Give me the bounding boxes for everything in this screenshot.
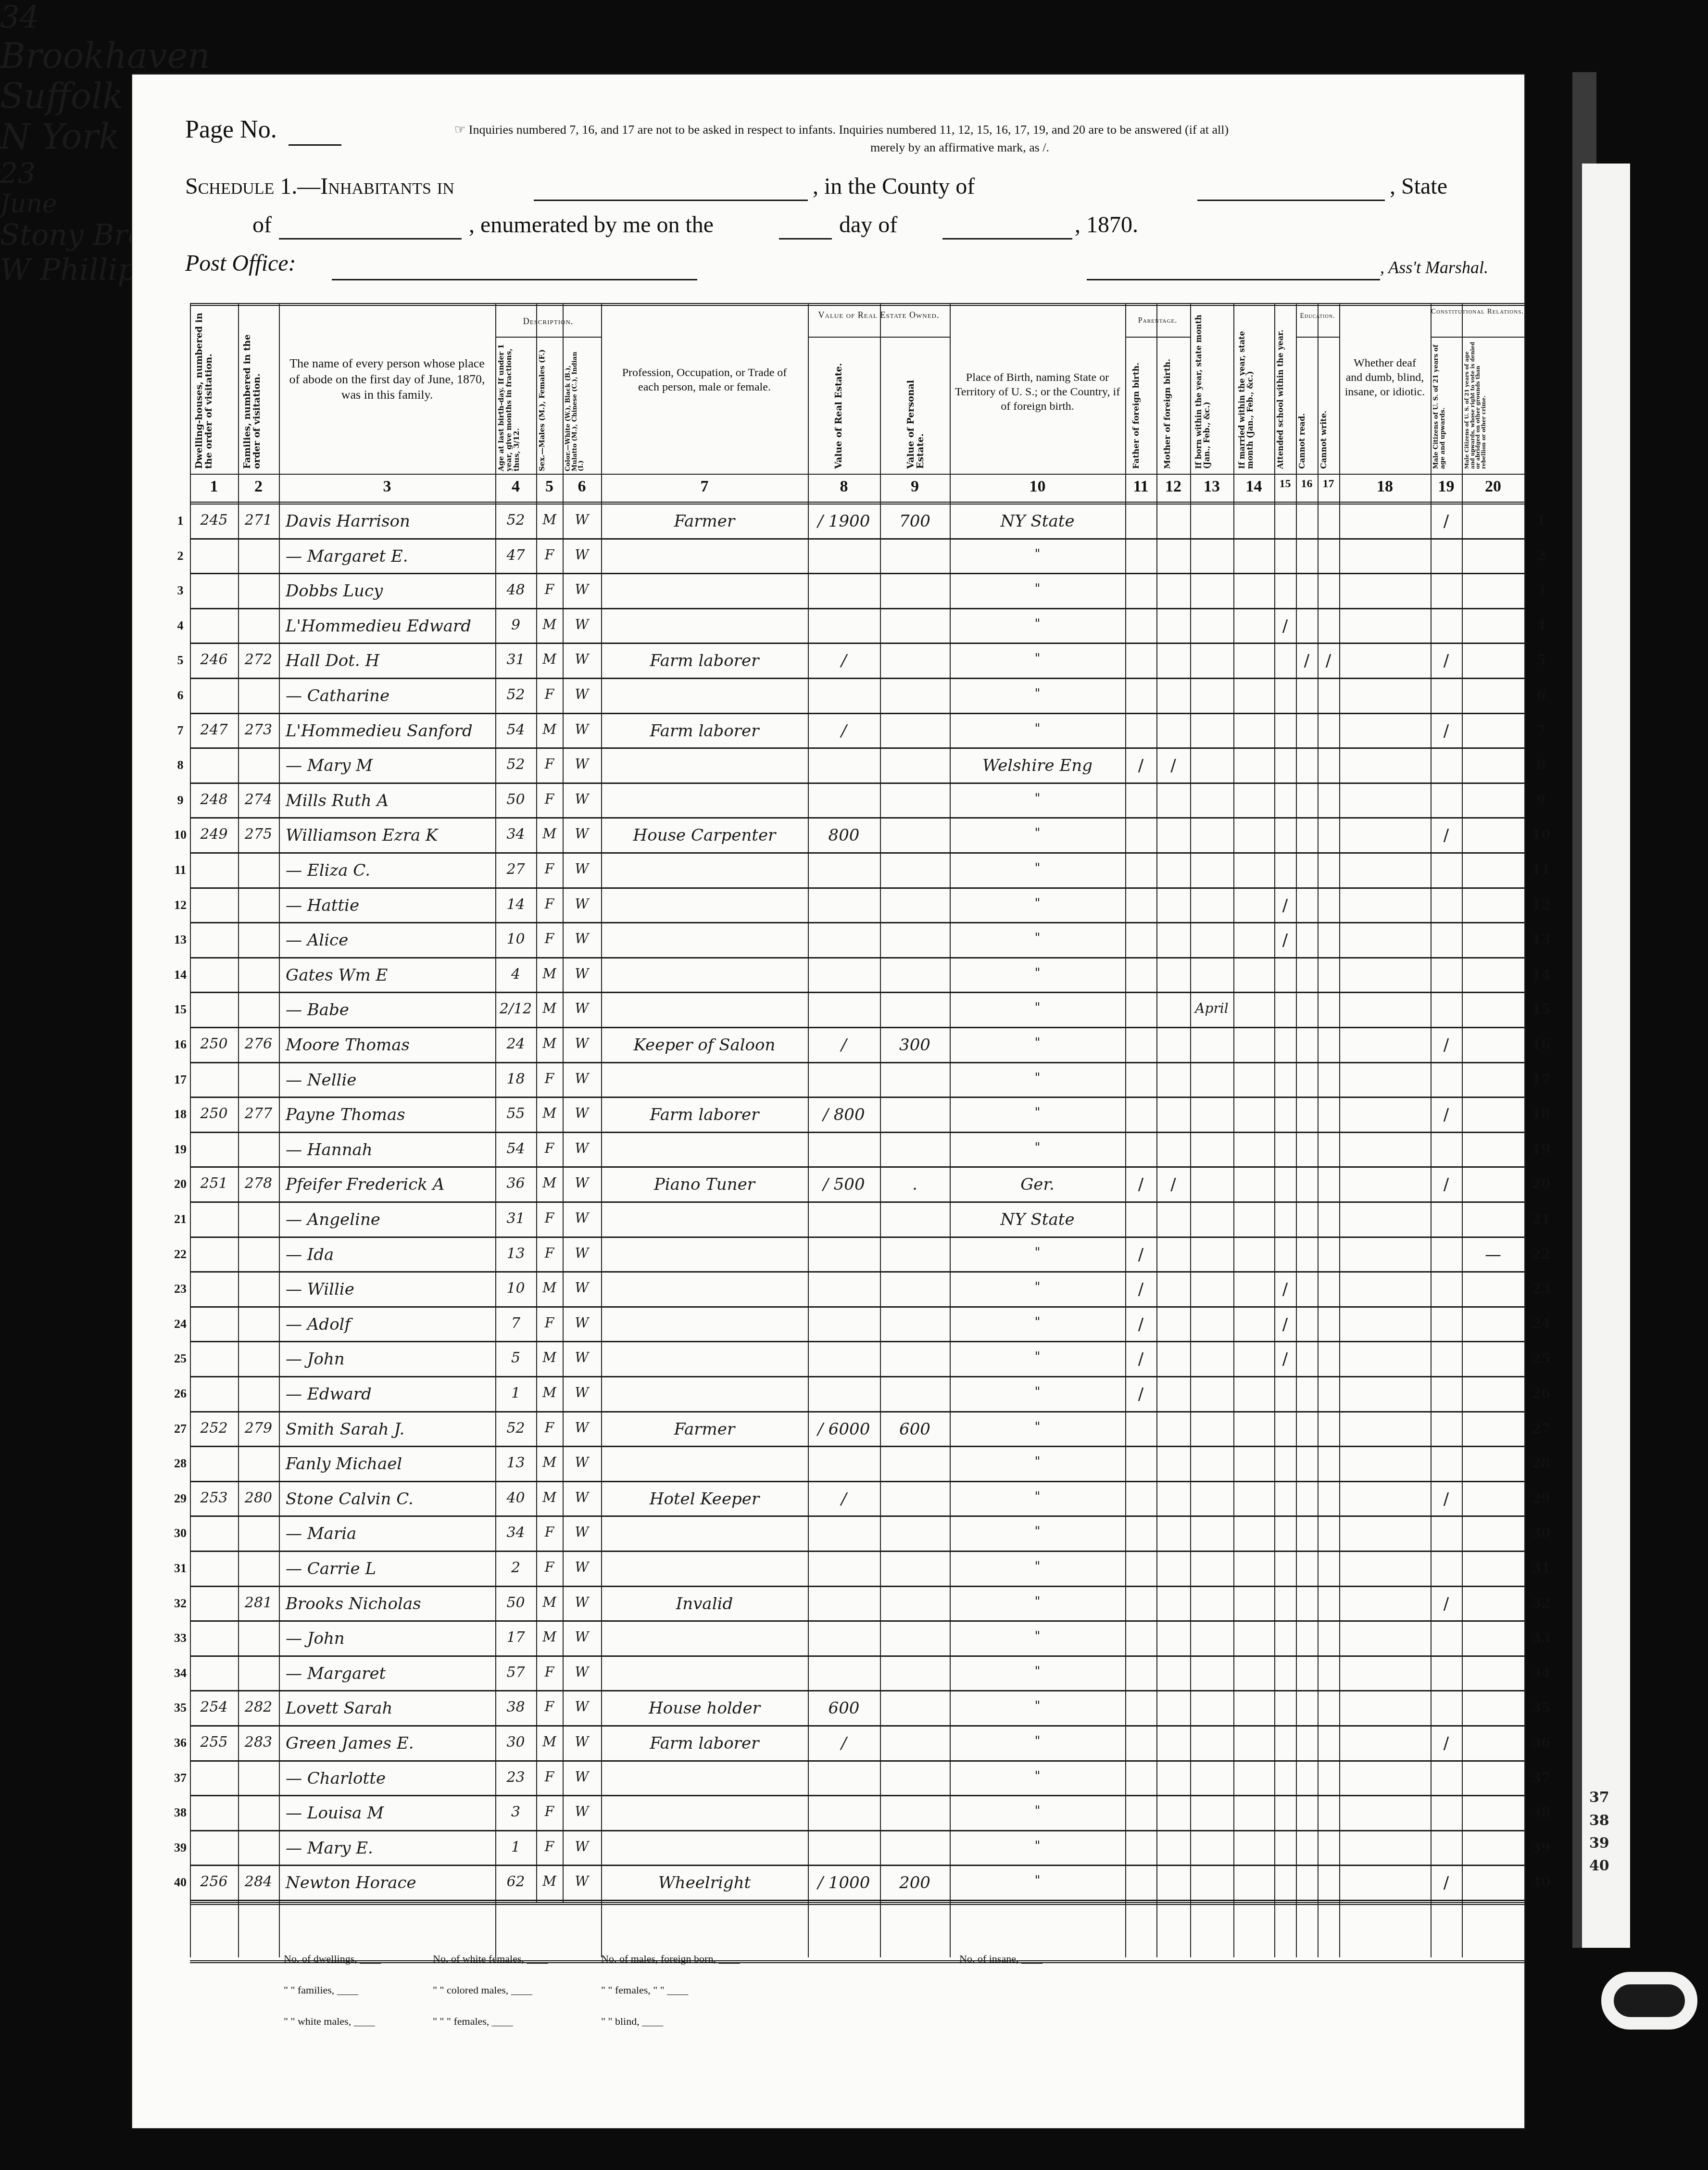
father-foreign-mark: / [1125, 1245, 1156, 1264]
sex: M [536, 1454, 563, 1470]
sex: F [536, 1699, 563, 1715]
row-line [190, 1515, 1524, 1517]
person-name: Payne Thomas [286, 1105, 492, 1124]
dwelling-number: 252 [190, 1420, 238, 1437]
row-line [190, 782, 1524, 784]
color: W [563, 1734, 601, 1750]
marshal-label: , Ass't Marshal. [1380, 257, 1488, 278]
line-number: 4 [1527, 618, 1556, 633]
row-line [190, 1132, 1524, 1133]
attended-school-mark: / [1274, 896, 1296, 915]
sex: M [536, 651, 563, 667]
color: W [563, 1804, 601, 1819]
birthplace: " [950, 547, 1125, 561]
person-name: Hall Dot. H [286, 651, 492, 670]
occupation: Piano Tuner [601, 1175, 808, 1194]
line-number: 10 [173, 828, 188, 842]
age: 50 [495, 791, 536, 808]
line-number: 26 [173, 1387, 188, 1401]
column-number: 17 [1318, 478, 1339, 491]
footer-insane: No. of insane, ____ [959, 1953, 1042, 1965]
family-number: 280 [238, 1489, 279, 1506]
birthplace: " [950, 1769, 1125, 1783]
birthplace: " [950, 581, 1125, 596]
line-number: 3 [173, 583, 188, 598]
color: W [563, 617, 601, 632]
column-number: 8 [808, 478, 880, 496]
occupation: Farm laborer [601, 651, 808, 670]
row-line [190, 747, 1524, 749]
line-number: 35 [1527, 1700, 1556, 1716]
male-citizen-mark: / [1431, 1175, 1462, 1194]
family-number: 277 [238, 1105, 279, 1122]
column-number: 2 [238, 478, 279, 496]
person-name: Gates Wm E [286, 966, 492, 985]
line-number: 28 [173, 1456, 188, 1471]
footer-blind: " " blind, ____ [601, 2015, 663, 2028]
line-number: 16 [1527, 1036, 1556, 1052]
row-line [190, 1551, 1524, 1552]
line-number: 1 [173, 514, 188, 528]
age: 7 [495, 1315, 536, 1332]
row-line [190, 1760, 1524, 1762]
col-line [563, 303, 564, 1902]
col-line [1431, 303, 1432, 1957]
adjacent-line-number: 37 [1589, 1789, 1609, 1806]
row-line [190, 1097, 1524, 1098]
family-number: 279 [238, 1420, 279, 1437]
real-estate-value: 600 [808, 1699, 880, 1718]
age: 18 [495, 1071, 536, 1087]
footer-dwellings: No. of dwellings, ____ [284, 1953, 381, 1965]
line-number: 37 [1527, 1770, 1556, 1786]
person-name: — Willie [286, 1280, 492, 1299]
line-number: 33 [1527, 1630, 1556, 1646]
line-number: 14 [173, 968, 188, 982]
line-number: 22 [173, 1247, 188, 1262]
person-name: — Mary E. [286, 1839, 492, 1858]
instructions-line-1: ☞ Inquiries numbered 7, 16, and 17 are n… [454, 123, 1229, 137]
line-number: 22 [1527, 1246, 1556, 1262]
line-number: 19 [1527, 1141, 1556, 1157]
dwelling-number: 249 [190, 826, 238, 843]
column-number: 11 [1125, 478, 1156, 496]
footer-families: " " families, ____ [284, 1984, 358, 1996]
person-name: Stone Calvin C. [286, 1489, 492, 1509]
color: W [563, 1071, 601, 1086]
column-number: 3 [279, 478, 495, 496]
color: W [563, 896, 601, 912]
footer-colored-males: " " colored males, ____ [433, 1984, 532, 1996]
color: W [563, 512, 601, 528]
family-number: 274 [238, 791, 279, 808]
sex: F [536, 1839, 563, 1855]
sex: M [536, 1105, 563, 1121]
person-name: Lovett Sarah [286, 1699, 492, 1718]
sex: M [536, 512, 563, 528]
color: W [563, 651, 601, 667]
person-name: — Louisa M [286, 1804, 492, 1823]
row-line [190, 1271, 1524, 1273]
line-number: 11 [173, 863, 188, 877]
line-number: 25 [173, 1351, 188, 1366]
sex: F [536, 791, 563, 807]
color: W [563, 1420, 601, 1436]
person-name: — Ida [286, 1245, 492, 1264]
col-line [1339, 303, 1340, 1957]
row-line [190, 1166, 1524, 1168]
color: W [563, 1769, 601, 1785]
page-number-underline [289, 144, 341, 146]
column-number: 15 [1274, 478, 1296, 491]
age: 47 [495, 547, 536, 564]
color: W [563, 861, 601, 877]
row-line [190, 992, 1524, 993]
personal-estate-value: 200 [880, 1873, 950, 1892]
born-within-year: April [1190, 1000, 1233, 1016]
personal-estate-value: . [880, 1175, 950, 1194]
age: 13 [495, 1454, 536, 1471]
sex: F [536, 1210, 563, 1226]
color: W [563, 1140, 601, 1156]
adjacent-line-number: 38 [1589, 1812, 1609, 1829]
col-16-header: Cannot read. [1298, 346, 1315, 469]
line-number: 39 [1527, 1840, 1556, 1855]
row-line [190, 1062, 1524, 1063]
color: W [563, 721, 601, 737]
family-number: 275 [238, 826, 279, 843]
sex: F [536, 1420, 563, 1436]
row-line [190, 887, 1524, 889]
cannot-read-mark: / [1296, 651, 1318, 670]
voting-denied-mark: — [1462, 1245, 1524, 1264]
column-number: 9 [880, 478, 950, 496]
line-number: 2 [173, 549, 188, 563]
sex: F [536, 1071, 563, 1086]
age: 52 [495, 756, 536, 773]
personal-estate-value: 700 [880, 512, 950, 531]
row-line [190, 1725, 1524, 1727]
color: W [563, 1210, 601, 1226]
occupation: Farm laborer [601, 721, 808, 741]
person-name: L'Hommedieu Sanford [286, 721, 492, 741]
cannot-write-mark: / [1318, 651, 1339, 670]
sex: F [536, 1315, 563, 1331]
color: W [563, 966, 601, 982]
line-number: 30 [1527, 1525, 1556, 1541]
row-line [190, 1446, 1524, 1447]
row-line [190, 608, 1524, 609]
enumerated-label: , enumerated by me on the [469, 212, 714, 238]
person-name: Green James E. [286, 1734, 492, 1753]
line-number: 7 [1527, 722, 1556, 738]
personal-estate-value: 300 [880, 1035, 950, 1055]
occupation: Invalid [601, 1594, 808, 1614]
attended-school-mark: / [1274, 1350, 1296, 1369]
dwelling-number: 245 [190, 512, 238, 529]
birthplace: " [950, 966, 1125, 980]
col-20-header: Male Citizens of U. S. of 21 years of ag… [1464, 341, 1522, 469]
age: 52 [495, 512, 536, 529]
column-number: 18 [1339, 478, 1431, 496]
of-label: of [252, 212, 272, 238]
col-line [1296, 303, 1297, 1957]
line-number: 33 [173, 1631, 188, 1645]
state-field [279, 238, 462, 240]
col-1-header: Dwelling-houses, numbered in the order o… [195, 313, 228, 469]
attended-school-mark: / [1274, 1315, 1296, 1334]
dwelling-number: 251 [190, 1175, 238, 1192]
line-number: 29 [1527, 1490, 1556, 1506]
color: W [563, 1385, 601, 1400]
film-reel-mark [1601, 1972, 1697, 2030]
line-number: 18 [173, 1107, 188, 1122]
line-number: 31 [1527, 1560, 1556, 1576]
birthplace: " [950, 1350, 1125, 1364]
footer-males-foreign-born: No. of males, foreign born, ____ [601, 1953, 740, 1965]
family-number: 278 [238, 1175, 279, 1192]
education-group-header: Education. [1296, 313, 1339, 320]
header-divider [190, 474, 1524, 475]
col-3-header: The name of every person whose place of … [289, 356, 486, 403]
real-estate-value: / [808, 721, 880, 741]
age: 31 [495, 1210, 536, 1227]
birthplace: " [950, 1524, 1125, 1539]
dwelling-number: 250 [190, 1105, 238, 1122]
age: 54 [495, 721, 536, 738]
col-line [1318, 303, 1319, 1957]
sex: F [536, 1524, 563, 1540]
age: 27 [495, 861, 536, 878]
person-name: — John [286, 1350, 492, 1369]
instructions-line-2: merely by an affirmative mark, as /. [870, 140, 1049, 155]
township-value: Brookhaven [0, 36, 1708, 76]
line-number: 12 [173, 898, 188, 912]
adjacent-line-number: 39 [1589, 1835, 1609, 1852]
father-foreign-mark: / [1125, 1280, 1156, 1299]
color: W [563, 1175, 601, 1191]
value-group-header: Value of Real Estate Owned. [808, 310, 950, 320]
row-line [190, 1201, 1524, 1203]
color: W [563, 791, 601, 807]
age: 30 [495, 1734, 536, 1751]
dwelling-number: 253 [190, 1489, 238, 1506]
col-line [1462, 303, 1463, 1957]
sex: M [536, 966, 563, 982]
color: W [563, 931, 601, 946]
township-field [534, 200, 808, 201]
line-number: 5 [173, 653, 188, 668]
adjacent-line-number: 40 [1589, 1857, 1609, 1874]
line-number: 39 [173, 1841, 188, 1855]
male-citizen-mark: / [1431, 651, 1462, 670]
colnum-divider [190, 502, 1524, 505]
row-line [190, 922, 1524, 923]
occupation: Farmer [601, 512, 808, 531]
real-estate-value: / 800 [808, 1105, 880, 1124]
county-field [1197, 200, 1385, 201]
birthplace: NY State [950, 512, 1125, 531]
birthplace: " [950, 651, 1125, 666]
birthplace: " [950, 1664, 1125, 1678]
family-number: 271 [238, 512, 279, 529]
col-line [1156, 303, 1157, 1957]
sex: M [536, 1629, 563, 1645]
col-line [1524, 303, 1525, 1957]
line-number: 23 [1527, 1281, 1556, 1297]
row-line [190, 817, 1524, 819]
person-name: Brooks Nicholas [286, 1594, 492, 1614]
line-number: 27 [1527, 1421, 1556, 1437]
col-8-header: Value of Real Estate. [834, 346, 854, 469]
parentage-group-header: Parentage. [1125, 316, 1190, 325]
line-number: 28 [1527, 1455, 1556, 1471]
line-number: 40 [1527, 1874, 1556, 1890]
row-line [190, 1620, 1524, 1622]
line-number: 6 [173, 688, 188, 703]
line-number: 8 [173, 758, 188, 772]
line-number: 36 [173, 1736, 188, 1750]
color: W [563, 1315, 601, 1331]
birthplace: " [950, 1280, 1125, 1294]
schedule-label: Schedule 1.—Inhabitants in [185, 173, 454, 200]
line-number: 2 [1527, 548, 1556, 564]
birthplace: " [950, 1489, 1125, 1504]
person-name: Fanly Michael [286, 1454, 492, 1474]
father-foreign-mark: / [1125, 1175, 1156, 1194]
color: W [563, 1524, 601, 1540]
color: W [563, 1454, 601, 1470]
real-estate-value: / [808, 1489, 880, 1509]
column-number: 1 [190, 478, 238, 496]
age: 4 [495, 966, 536, 983]
dwelling-number: 247 [190, 721, 238, 738]
line-number: 23 [173, 1282, 188, 1296]
sex: F [536, 896, 563, 912]
birthplace: " [950, 1420, 1125, 1434]
footer-white-females: No. of white females, ____ [433, 1953, 548, 1965]
real-estate-value: 800 [808, 826, 880, 845]
real-estate-value: / [808, 1734, 880, 1753]
color: W [563, 581, 601, 597]
description-group-header: Description. [495, 316, 601, 327]
birthplace: " [950, 617, 1125, 631]
age: 36 [495, 1175, 536, 1192]
line-number: 24 [173, 1317, 188, 1331]
column-number: 7 [601, 478, 808, 496]
color: W [563, 1559, 601, 1575]
month-field [942, 238, 1072, 240]
age: 14 [495, 896, 536, 913]
dwelling-number: 248 [190, 791, 238, 808]
color: W [563, 1035, 601, 1051]
sex: M [536, 617, 563, 632]
person-name: — Margaret [286, 1664, 492, 1683]
color: W [563, 1594, 601, 1610]
constitutional-group-header: Constitutional Relations. [1431, 308, 1524, 316]
line-number: 25 [1527, 1350, 1556, 1366]
male-citizen-mark: / [1431, 1594, 1462, 1614]
birthplace: Welshire Eng [950, 756, 1125, 775]
row-line [190, 1481, 1524, 1482]
birthplace: " [950, 686, 1125, 701]
col-line [1274, 303, 1275, 1957]
col-line [1190, 303, 1191, 1957]
person-name: — John [286, 1629, 492, 1648]
birthplace: " [950, 1629, 1125, 1643]
line-number: 17 [1527, 1072, 1556, 1087]
line-number: 7 [173, 723, 188, 738]
row-line [190, 1411, 1524, 1413]
year-label: , 1870. [1075, 212, 1138, 238]
line-number: 14 [1527, 967, 1556, 983]
col-13-header: If born within the year, state month (Ja… [1195, 313, 1229, 469]
line-number: 12 [1527, 897, 1556, 913]
row-line [190, 1795, 1524, 1796]
birthplace: " [950, 1559, 1125, 1574]
mother-foreign-mark: / [1156, 1175, 1190, 1194]
row-line [190, 1830, 1524, 1831]
dwelling-number: 254 [190, 1699, 238, 1716]
male-citizen-mark: / [1431, 826, 1462, 845]
line-number: 3 [1527, 582, 1556, 598]
sex: F [536, 1559, 563, 1575]
father-foreign-mark: / [1125, 1315, 1156, 1334]
age: 2/12 [495, 1000, 536, 1017]
age: 17 [495, 1629, 536, 1646]
line-number: 10 [1527, 827, 1556, 843]
footer-females-foreign-born: " " females, " " ____ [601, 1984, 688, 1996]
person-name: — Mary M [286, 756, 492, 775]
person-name: Smith Sarah J. [286, 1420, 492, 1439]
person-name: — Angeline [286, 1210, 492, 1229]
male-citizen-mark: / [1431, 1035, 1462, 1055]
age: 40 [495, 1489, 536, 1506]
age: 48 [495, 581, 536, 598]
person-name: — Eliza C. [286, 861, 492, 880]
person-name: — Charlotte [286, 1769, 492, 1788]
birthplace: " [950, 1454, 1125, 1469]
line-number: 30 [173, 1526, 188, 1540]
family-number: 273 [238, 721, 279, 738]
age: 54 [495, 1140, 536, 1157]
line-number: 16 [173, 1037, 188, 1052]
sex: M [536, 826, 563, 842]
row-line [190, 643, 1524, 644]
col-12-header: Mother of foreign birth. [1164, 346, 1183, 469]
row-line [190, 852, 1524, 854]
father-foreign-mark: / [1125, 756, 1156, 775]
sex: M [536, 1280, 563, 1296]
line-number: 18 [1527, 1106, 1556, 1122]
color: W [563, 1000, 601, 1016]
line-number: 11 [1527, 862, 1556, 878]
occupation: Farmer [601, 1420, 808, 1439]
column-number: 19 [1431, 478, 1462, 496]
birthplace: " [950, 1071, 1125, 1085]
state-label: , State [1390, 173, 1447, 200]
birthplace: " [950, 931, 1125, 945]
attended-school-mark: / [1274, 617, 1296, 636]
person-name: — Maria [286, 1524, 492, 1543]
male-citizen-mark: / [1431, 1105, 1462, 1124]
col-19-header: Male Citizens of U. S. of 21 years of ag… [1433, 341, 1459, 469]
row-line [190, 1690, 1524, 1691]
line-number: 27 [173, 1422, 188, 1436]
col-9-header: Value of Personal Estate. [906, 346, 926, 469]
row-line [190, 1376, 1524, 1377]
color: W [563, 1664, 601, 1680]
